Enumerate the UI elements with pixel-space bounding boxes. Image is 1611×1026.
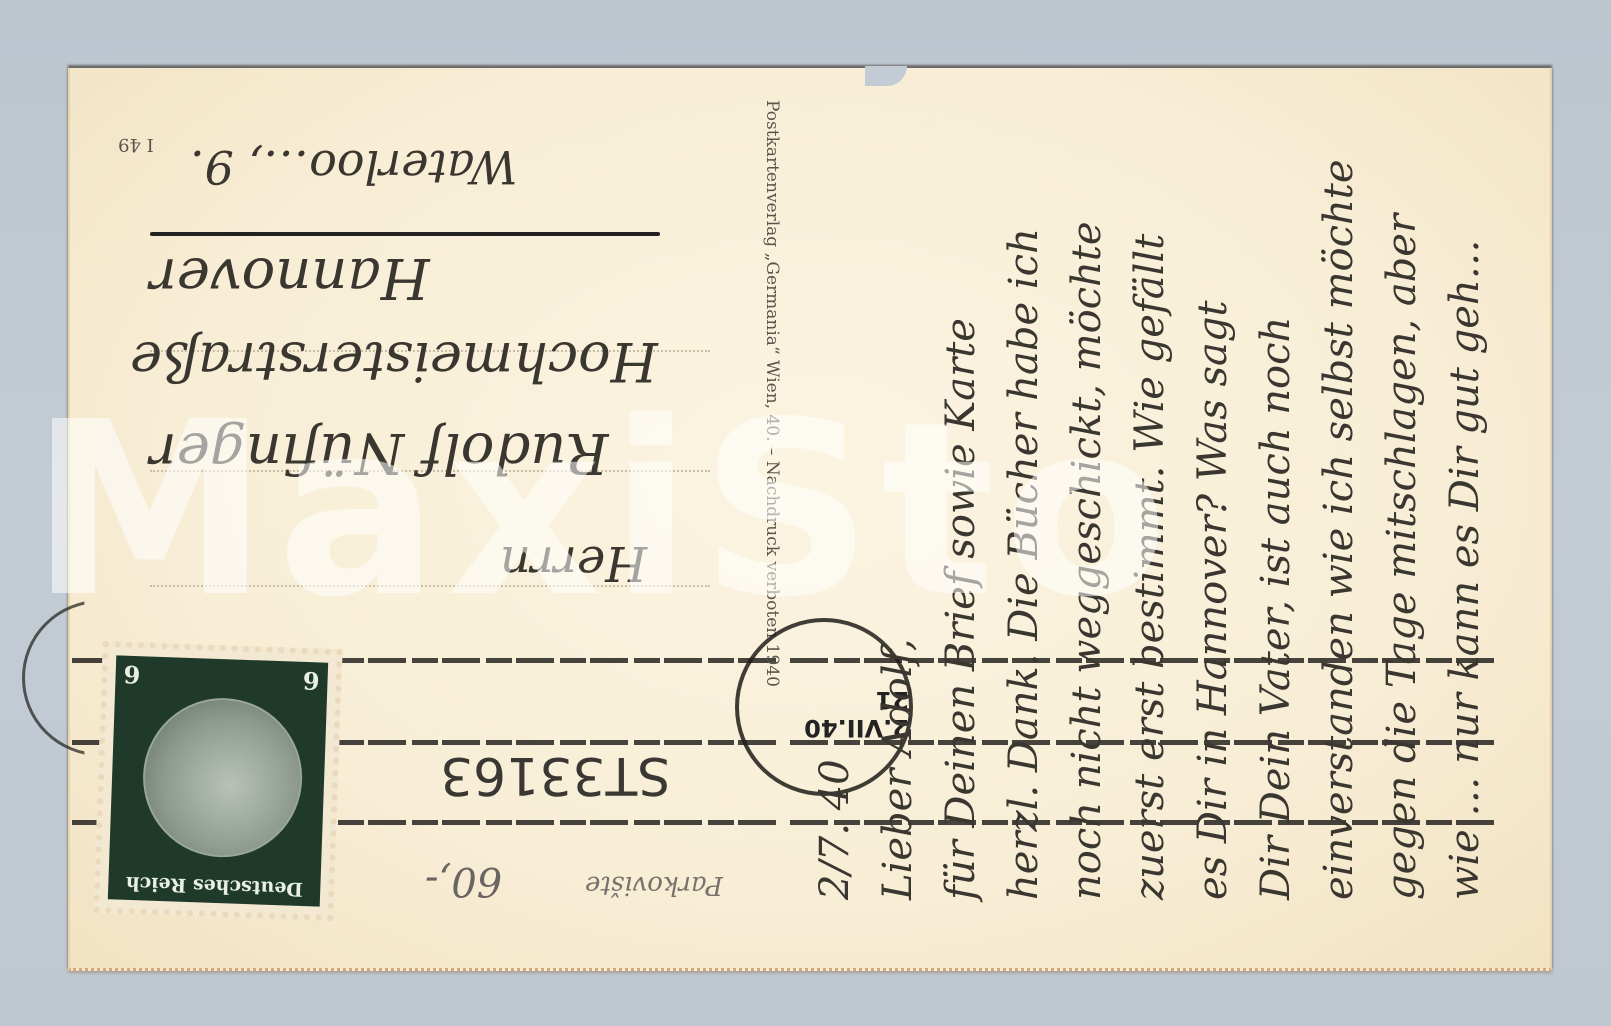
address-street: Hochmeisterstraße	[130, 330, 658, 393]
city-underline	[150, 232, 660, 236]
message-line: noch nicht weggeschickt, möchte	[1064, 221, 1110, 900]
address-name: Rudolf Nüfinger	[150, 420, 608, 485]
message-line: wie … nur kann es Dir gut geh…	[1442, 239, 1488, 900]
postage-stamp: Deutsches Reich 6 6	[93, 641, 342, 921]
stamp-denomination: 6	[123, 660, 141, 690]
message-line: gegen die Tage mitschlagen, aber	[1379, 214, 1425, 900]
message-date: 2/7. 40	[812, 759, 858, 900]
stamp-country: Deutsches Reich	[108, 871, 321, 900]
stamp-denomination: 6	[302, 666, 320, 696]
address-house: Waterloo…, 9.	[190, 140, 518, 194]
pencil-note: Parkovište	[585, 870, 723, 900]
message-line: für Deinen Brief sowie Karte	[938, 318, 984, 900]
address-city: Hannover	[150, 245, 430, 310]
card-code: I 49	[118, 134, 154, 155]
portrait-medallion-icon	[140, 695, 304, 859]
stock-number: ST33163	[440, 745, 670, 805]
pencil-price: 60,-	[425, 858, 502, 904]
message-line: es Dir in Hannover? Was sagt	[1190, 300, 1236, 900]
address-salutation: Herrn	[500, 535, 647, 591]
message-line: Lieber Adolf,	[875, 638, 921, 900]
publisher-imprint: Postkartenverlag „Germania“ Wien, 40. – …	[762, 100, 782, 687]
message-line: herzl. Dank. Die Bücher habe ich	[1001, 228, 1047, 900]
message-line: Dir Dein Vater, ist auch noch	[1253, 317, 1299, 900]
message-line: zuerst erst bestimmt. Wie gefällt	[1127, 234, 1173, 900]
message-line: einverstanden wie ich selbst möchte	[1316, 159, 1362, 900]
